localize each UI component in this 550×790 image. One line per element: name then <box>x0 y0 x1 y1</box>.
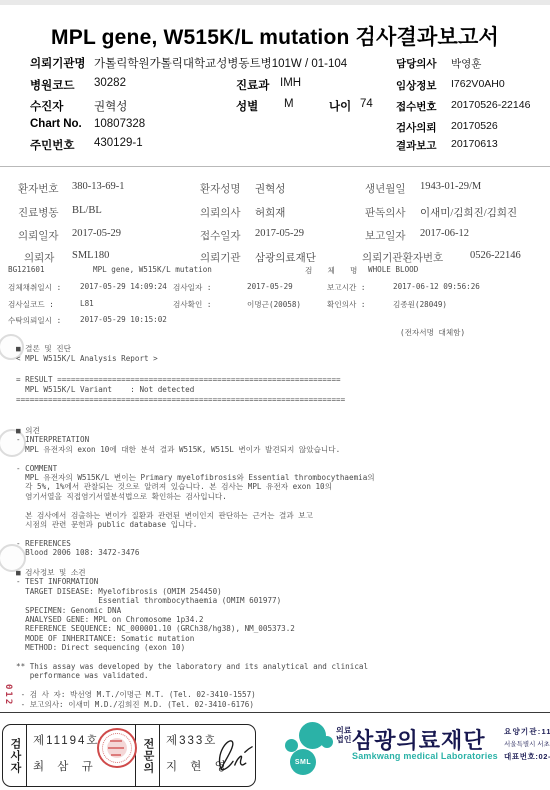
seal-mark <box>111 754 121 756</box>
opinion-line: 시점의 관련 문헌과 public database 입니다. <box>16 520 375 529</box>
opinion-line: MPL 유전자의 W515K/L 변이는 Primary myelofibros… <box>16 473 375 482</box>
entrust-value: 2017-05-29 10:15:02 <box>80 315 167 324</box>
org-phone: 대표번호:02-3497 <box>504 751 550 762</box>
age-value: 74 <box>360 98 373 110</box>
test-info-line: Essential thrombocythaemia (OMIM 601977) <box>16 596 368 605</box>
report-date-value: 20170613 <box>451 138 498 150</box>
collect-label: 검체채취일시 : <box>8 282 61 293</box>
grid-label: 의뢰기관 <box>200 250 241 265</box>
grid-value: 380-13-69-1 <box>72 181 125 192</box>
test-info-line: ANALYSED GENE: MPL on Chromosome 1p34.2 <box>16 615 368 624</box>
test-info-line: MODE OF INHERITANCE: Somatic mutation <box>16 634 368 643</box>
opinion-line <box>16 454 375 463</box>
patient-value: 권혁성 <box>94 98 127 114</box>
specialist-role-label: 전문의 <box>142 738 153 774</box>
opinion-line: 각 5%, 1%에서 관찰되는 것으로 알려져 있습니다. 본 검사는 MPL … <box>16 482 375 491</box>
grid-value: 2017-05-29 <box>72 228 121 239</box>
test-info-line <box>16 681 368 690</box>
grid-value: 삼광의료재단 <box>255 250 316 265</box>
seal-mark <box>110 740 122 742</box>
test-info-line <box>16 653 368 662</box>
test-info-line: METHOD: Direct sequencing (exon 10) <box>16 643 368 652</box>
lab-report-page: MPL gene, W515K/L mutation 검사결과보고서 의뢰기관명… <box>0 0 550 790</box>
receipt-value: 20170526-22146 <box>451 99 530 111</box>
footer-divider <box>0 712 550 713</box>
opinion-heading: ■ 의견 <box>16 426 375 435</box>
order-date-label: 검사의뢰 <box>396 120 437 135</box>
grid-value: 1943-01-29/M <box>420 181 481 192</box>
specimen-value: WHOLE BLOOD <box>368 265 418 274</box>
specialist-role-cell: 전문의 <box>136 725 160 786</box>
patient-label: 수진자 <box>30 98 63 114</box>
grid-label: 환자성명 <box>200 181 241 196</box>
test-info-line: performance was validated. <box>16 671 368 680</box>
receipt-label: 접수번호 <box>396 99 437 114</box>
examiner-name: 최 삼 규 <box>33 758 98 774</box>
examiner-stamp-box: 검사자 제11194호 최 삼 규 전문의 제333호 지 현 영 <box>2 724 256 787</box>
opinion-line: - COMMENT <box>16 464 375 473</box>
grid-value: 권혁성 <box>255 181 285 196</box>
test-info-heading: ■ 검사정보 및 소견 <box>16 568 368 577</box>
collect-value: 2017-05-29 14:09:24 <box>80 282 167 291</box>
page-mark: 012 <box>3 684 13 706</box>
result-section: ■ 결론 및 진단 < MPL W515K/L Analysis Report … <box>16 344 345 405</box>
verify-label: 검사확인 : <box>173 299 212 310</box>
chart-no-value: 10807328 <box>94 118 145 130</box>
request-org-value: 가톨릭학원가톨릭대학교성병동트병101W / 01-104 <box>94 55 347 71</box>
grid-value: BL/BL <box>72 205 102 216</box>
entrust-label: 수탁의뢰일시 : <box>8 315 61 326</box>
lab-code-value: L81 <box>80 299 94 308</box>
test-info-line: ** This assay was developed by the labor… <box>16 662 368 671</box>
result-line <box>16 364 345 374</box>
test-info-line: - 검 사 자: 박선영 M.T./이명근 M.T. (Tel. 02-3410… <box>16 690 368 699</box>
care-institution-code: 요양기관:11365 <box>504 726 550 737</box>
grid-value: 2017-06-12 <box>420 228 469 239</box>
opinion-line: 본 검사에서 검출하는 변이가 질환과 관련된 변이인지 판단하는 근거는 결과… <box>16 511 375 520</box>
lab-code-label: 검사실코드 : <box>8 299 54 310</box>
grid-label: 생년월일 <box>365 181 406 196</box>
grid-label: 진료병동 <box>18 205 59 220</box>
sex-value: M <box>284 98 294 110</box>
result-heading: ■ 결론 및 진단 <box>16 344 345 354</box>
result-line: = RESULT ===============================… <box>16 375 345 385</box>
specimen-label: 검 체 명 <box>305 265 359 276</box>
attending-value: 박영훈 <box>451 56 481 71</box>
opinion-section: ■ 의견 - INTERPRETATION MPL 유전자의 exon 10에 … <box>16 426 375 558</box>
report-date-label: 결과보고 <box>396 138 437 153</box>
grid-value: 이새미/김희진/김희진 <box>420 205 517 220</box>
org-type-line2: 법인 <box>336 736 351 745</box>
confirm-doctor-label: 확인의사 : <box>327 299 366 310</box>
result-line: < MPL W515K/L Analysis Report > <box>16 354 345 364</box>
age-label: 나이 <box>329 98 351 114</box>
grid-label: 접수일자 <box>200 228 241 243</box>
result-line: ========================================… <box>16 395 345 405</box>
test-code: BG121601 <box>8 265 45 274</box>
header-divider <box>0 166 550 167</box>
hospital-code-label: 병원코드 <box>30 77 74 93</box>
sex-label: 성별 <box>236 98 258 114</box>
request-org-label: 의뢰기관명 <box>30 55 86 71</box>
clinical-value: I762V0AH0 <box>451 78 505 90</box>
seal-mark <box>108 747 124 749</box>
logo-sml-text: SML <box>290 749 316 775</box>
confirm-doctor-value: 김종원(28049) <box>393 299 447 310</box>
grid-label: 의뢰의사 <box>200 205 241 220</box>
test-info-line: SPECIMEN: Genomic DNA <box>16 606 368 615</box>
report-time-value: 2017-06-12 09:56:26 <box>393 282 480 291</box>
examiner-role-cell: 검사자 <box>3 725 27 786</box>
examiner-role-label: 검사자 <box>9 738 20 774</box>
grid-label: 의뢰일자 <box>18 228 59 243</box>
clinical-label: 임상정보 <box>396 78 437 93</box>
grid-label: 의뢰자 <box>24 250 54 265</box>
official-seal-stamp <box>97 728 137 768</box>
opinion-line: - REFERENCES <box>16 539 375 548</box>
opinion-line: MPL 유전자의 exon 10에 대한 분석 결과 W515K, W515L … <box>16 445 375 454</box>
hospital-code-value: 30282 <box>94 77 126 89</box>
test-info-line: TARGET DISEASE: Myelofibrosis (OMIM 2544… <box>16 587 368 596</box>
chart-no-label: Chart No. <box>30 118 82 130</box>
opinion-line: - INTERPRETATION <box>16 435 375 444</box>
dept-label: 진료과 <box>236 77 269 93</box>
specialist-cert-no: 제333호 <box>166 732 217 748</box>
scan-edge-band <box>0 0 550 5</box>
opinion-line <box>16 501 375 510</box>
test-date-value: 2017-05-29 <box>247 282 293 291</box>
grid-label: 보고일자 <box>365 228 406 243</box>
grid-value: SML180 <box>72 250 109 261</box>
esign-note: (전자서명 대체함) <box>400 327 465 338</box>
grid-label: 판독의사 <box>365 205 406 220</box>
page-title: MPL gene, W515K/L mutation 검사결과보고서 <box>0 21 550 51</box>
test-info-line: REFERENCE SEQUENCE: NC_000001.10 (GRCh38… <box>16 624 368 633</box>
org-name-english: Samkwang medical Laboratories <box>352 751 498 761</box>
result-line: MPL W515K/L Variant : Not detected <box>16 385 345 395</box>
attending-label: 담당의사 <box>396 56 437 71</box>
report-time-label: 보고시간 : <box>327 282 366 293</box>
examiner-cert-no: 제11194호 <box>33 732 100 748</box>
order-date-value: 20170526 <box>451 120 498 132</box>
specialist-cell: 제333호 지 현 영 <box>160 725 255 786</box>
grid-label: 환자번호 <box>18 181 59 196</box>
org-address: 서울특별시 서초구 양 <box>504 739 550 748</box>
test-date-label: 검사일자 : <box>173 282 212 293</box>
grid-value: 허희재 <box>255 205 285 220</box>
logo-circle-right <box>321 736 333 748</box>
opinion-line: Blood 2006 108: 3472-3476 <box>16 548 375 557</box>
dept-value: IMH <box>280 77 301 89</box>
grid-value: 2017-05-29 <box>255 228 304 239</box>
test-info-line: - TEST INFORMATION <box>16 577 368 586</box>
verify-value: 이명근(20058) <box>247 299 301 310</box>
grid-label: 의뢰기관환자번호 <box>362 250 443 265</box>
resident-no-value: 430129-1 <box>94 137 143 149</box>
opinion-line: 염기서열을 직접염기서열분석법으로 확인하는 검사입니다. <box>16 492 375 501</box>
opinion-line <box>16 529 375 538</box>
resident-no-label: 주민번호 <box>30 137 74 153</box>
test-info-line: - 보고의사: 이새미 M.D./김희진 M.D. (Tel. 02-3410-… <box>16 700 368 709</box>
org-type-label: 의료 법인 <box>336 727 351 744</box>
examiner-cell: 제11194호 최 삼 규 <box>27 725 136 786</box>
signature-mark <box>213 731 253 779</box>
grid-value: 0526-22146 <box>470 250 521 261</box>
test-name: MPL gene, W515K/L mutation <box>93 265 212 274</box>
test-info-section: ■ 검사정보 및 소견 - TEST INFORMATION TARGET DI… <box>16 568 368 709</box>
